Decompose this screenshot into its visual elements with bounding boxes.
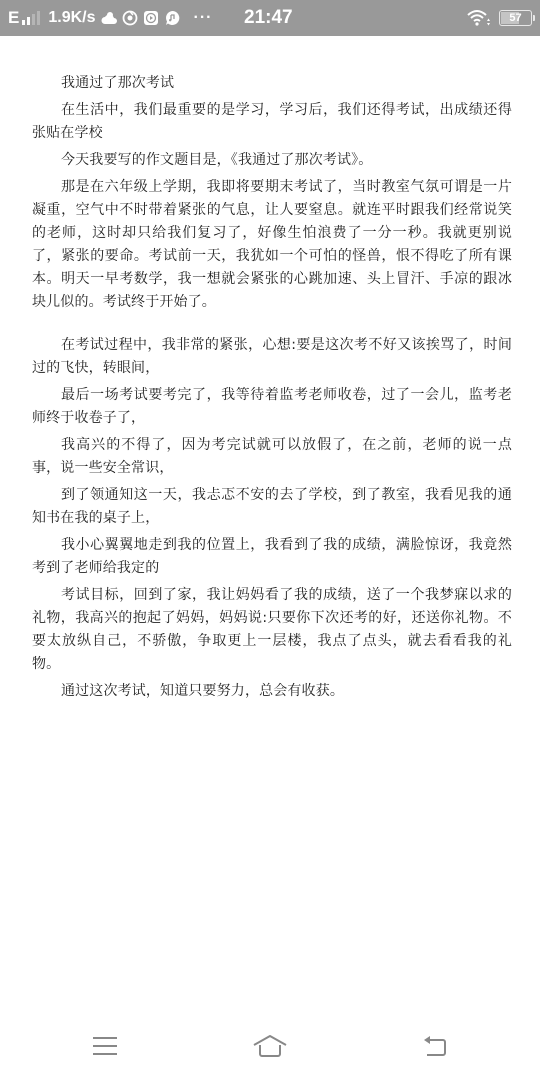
home-button[interactable] [248,1028,292,1064]
paragraph: 考试目标，回到了家，我让妈妈看了我的成绩，送了一个我梦寐以求的礼物，我高兴的抱起… [32,584,512,676]
signal-strength-icon [22,11,40,25]
music-app-icon [164,10,180,26]
status-bar: E 1.9K/s ··· 21:47 [0,0,540,36]
more-notifications-icon: ··· [193,9,212,27]
back-button[interactable] [413,1028,457,1064]
battery-icon: 57 [499,10,532,26]
network-type: E [8,8,19,28]
paragraph: 我小心翼翼地走到我的位置上，我看到了我的成绩，满脸惊讶，我竟然考到了老师给我定的 [32,534,512,580]
paragraph: 到了领通知这一天，我忐忑不安的去了学校，到了教室，我看见我的通知书在我的桌子上， [32,484,512,530]
camera-app-icon [122,10,138,26]
menu-icon [91,1035,119,1057]
paragraph: 最后一场考试要考完了，我等待着监考老师收卷，过了一会儿，监考老师终于收卷子了， [32,384,512,430]
status-left: E 1.9K/s ··· [8,0,212,36]
home-icon [252,1034,288,1058]
video-play-icon [143,10,159,26]
battery-level: 57 [509,12,521,24]
paragraph: 通过这次考试，知道只要努力，总会有收获。 [32,680,512,703]
paragraph: 在考试过程中，我非常的紧张，心想:要是这次考不好又该挨骂了，时间过的飞快，转眼间… [32,334,512,380]
navigation-bar [0,1010,540,1080]
weather-cloud-icon [101,10,117,26]
network-speed: 1.9K/s [48,9,95,27]
paragraph: 我高兴的不得了，因为考完试就可以放假了，在之前，老师的说一点事，说一些安全常识， [32,434,512,480]
status-right: 57 [467,0,532,36]
paragraph: 今天我要写的作文题目是，《我通过了那次考试》。 [32,149,512,172]
wifi-icon [467,9,491,27]
back-icon [421,1034,449,1058]
paragraph: 那是在六年级上学期，我即将要期末考试了，当时教室气氛可谓是一片凝重，空气中不时带… [32,176,512,314]
paragraph: 在生活中，我们最重要的是学习，学习后，我们还得考试，出成绩还得张贴在学校 [32,99,512,145]
document-content: 我通过了那次考试 在生活中，我们最重要的是学习，学习后，我们还得考试，出成绩还得… [32,72,512,703]
document-title: 我通过了那次考试 [32,72,512,95]
clock: 21:47 [244,0,293,36]
menu-button[interactable] [83,1028,127,1064]
